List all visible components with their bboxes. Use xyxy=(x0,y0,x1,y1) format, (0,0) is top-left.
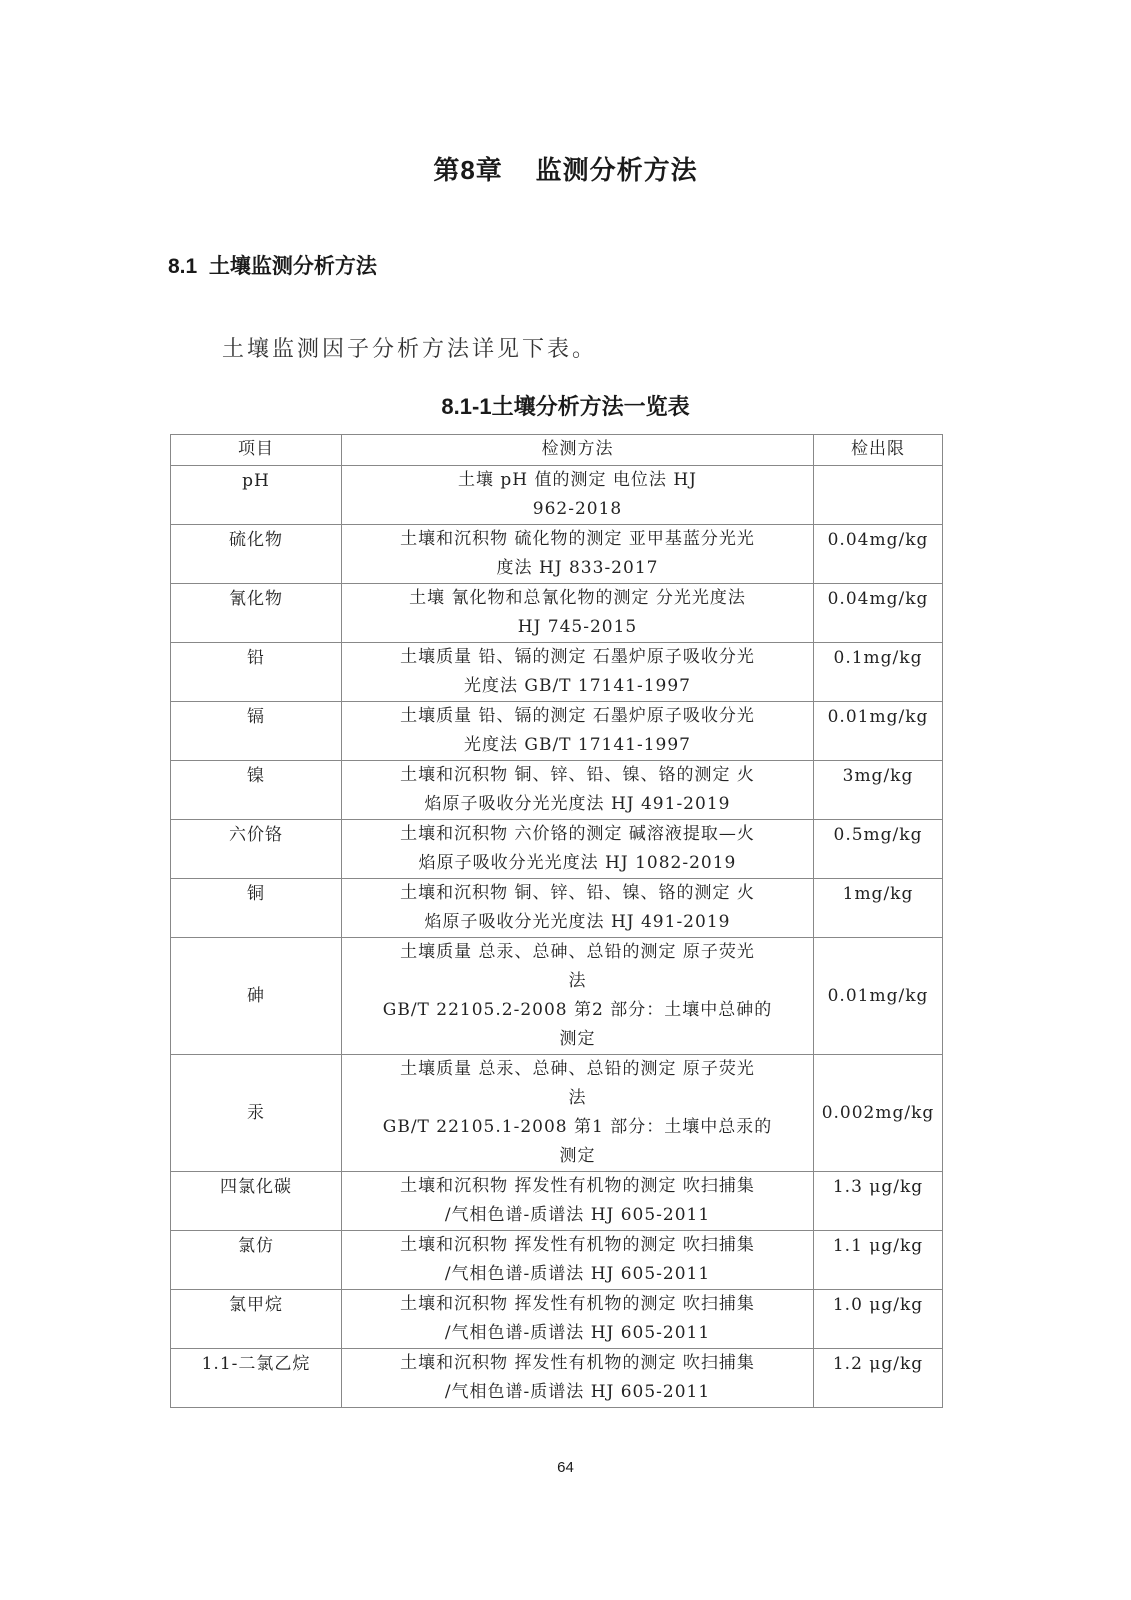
cell-method: 土壤和沉积物 挥发性有机物的测定 吹扫捕集/气相色谱-质谱法 HJ 605-20… xyxy=(342,1172,814,1231)
cell-method: 土壤和沉积物 挥发性有机物的测定 吹扫捕集/气相色谱-质谱法 HJ 605-20… xyxy=(342,1231,814,1290)
cell-detection-limit: 0.01mg/kg xyxy=(814,702,943,761)
table-row: 六价铬土壤和沉积物 六价铬的测定 碱溶液提取—火焰原子吸收分光光度法 HJ 10… xyxy=(171,820,943,879)
method-line: 光度法 GB/T 17141-1997 xyxy=(346,672,809,701)
table-row: 铜土壤和沉积物 铜、锌、铅、镍、铬的测定 火焰原子吸收分光光度法 HJ 491-… xyxy=(171,879,943,938)
cell-item: 氯甲烷 xyxy=(171,1290,342,1349)
cell-item: 六价铬 xyxy=(171,820,342,879)
header-method: 检测方法 xyxy=(342,435,814,466)
table-row: 氰化物土壤 氰化物和总氰化物的测定 分光光度法HJ 745-20150.04mg… xyxy=(171,584,943,643)
intro-paragraph: 土壤监测因子分析方法详见下表。 xyxy=(222,332,597,363)
method-line: 土壤和沉积物 硫化物的测定 亚甲基蓝分光光 xyxy=(346,525,809,554)
page-number: 64 xyxy=(0,1459,1131,1476)
method-line: 法 xyxy=(346,967,809,996)
method-line: 土壤质量 铅、镉的测定 石墨炉原子吸收分光 xyxy=(346,702,809,731)
cell-item: 汞 xyxy=(171,1055,342,1172)
cell-detection-limit: 0.01mg/kg xyxy=(814,938,943,1055)
cell-method: 土壤和沉积物 六价铬的测定 碱溶液提取—火焰原子吸收分光光度法 HJ 1082-… xyxy=(342,820,814,879)
method-line: 土壤和沉积物 挥发性有机物的测定 吹扫捕集 xyxy=(346,1172,809,1201)
table-caption: 8.1-1土壤分析方法一览表 xyxy=(0,390,1131,421)
cell-method: 土壤和沉积物 挥发性有机物的测定 吹扫捕集/气相色谱-质谱法 HJ 605-20… xyxy=(342,1290,814,1349)
table-row: 氯甲烷土壤和沉积物 挥发性有机物的测定 吹扫捕集/气相色谱-质谱法 HJ 605… xyxy=(171,1290,943,1349)
table-row: 四氯化碳土壤和沉积物 挥发性有机物的测定 吹扫捕集/气相色谱-质谱法 HJ 60… xyxy=(171,1172,943,1231)
analysis-methods-table: 项目 检测方法 检出限 pH土壤 pH 值的测定 电位法 HJ962-2018硫… xyxy=(170,434,943,1408)
table-row: 镍土壤和沉积物 铜、锌、铅、镍、铬的测定 火焰原子吸收分光光度法 HJ 491-… xyxy=(171,761,943,820)
chapter-title: 第8章 监测分析方法 xyxy=(0,150,1131,187)
cell-item: 硫化物 xyxy=(171,525,342,584)
method-line: 度法 HJ 833-2017 xyxy=(346,554,809,583)
cell-item: 1.1-二氯乙烷 xyxy=(171,1349,342,1408)
cell-item: 氰化物 xyxy=(171,584,342,643)
method-line: GB/T 22105.2-2008 第2 部分：土壤中总砷的 xyxy=(346,996,809,1025)
cell-detection-limit: 0.04mg/kg xyxy=(814,584,943,643)
method-line: 962-2018 xyxy=(346,495,809,524)
method-line: HJ 745-2015 xyxy=(346,613,809,642)
method-line: 法 xyxy=(346,1084,809,1113)
cell-detection-limit: 1.0 μg/kg xyxy=(814,1290,943,1349)
cell-method: 土壤质量 铅、镉的测定 石墨炉原子吸收分光光度法 GB/T 17141-1997 xyxy=(342,643,814,702)
cell-method: 土壤质量 总汞、总砷、总铅的测定 原子荧光法GB/T 22105.1-2008 … xyxy=(342,1055,814,1172)
method-line: /气相色谱-质谱法 HJ 605-2011 xyxy=(346,1201,809,1230)
cell-item: 镍 xyxy=(171,761,342,820)
method-line: 土壤和沉积物 挥发性有机物的测定 吹扫捕集 xyxy=(346,1231,809,1260)
method-line: 测定 xyxy=(346,1025,809,1054)
method-line: 土壤和沉积物 铜、锌、铅、镍、铬的测定 火 xyxy=(346,879,809,908)
method-line: 土壤和沉积物 铜、锌、铅、镍、铬的测定 火 xyxy=(346,761,809,790)
method-line: /气相色谱-质谱法 HJ 605-2011 xyxy=(346,1260,809,1289)
cell-item: 铜 xyxy=(171,879,342,938)
header-item: 项目 xyxy=(171,435,342,466)
cell-detection-limit: 0.5mg/kg xyxy=(814,820,943,879)
table-header-row: 项目 检测方法 检出限 xyxy=(171,435,943,466)
table-row: 1.1-二氯乙烷土壤和沉积物 挥发性有机物的测定 吹扫捕集/气相色谱-质谱法 H… xyxy=(171,1349,943,1408)
table-row: 氯仿土壤和沉积物 挥发性有机物的测定 吹扫捕集/气相色谱-质谱法 HJ 605-… xyxy=(171,1231,943,1290)
method-line: 土壤 pH 值的测定 电位法 HJ xyxy=(346,466,809,495)
table-row: 汞土壤质量 总汞、总砷、总铅的测定 原子荧光法GB/T 22105.1-2008… xyxy=(171,1055,943,1172)
method-line: 光度法 GB/T 17141-1997 xyxy=(346,731,809,760)
method-line: 测定 xyxy=(346,1142,809,1171)
table-body: pH土壤 pH 值的测定 电位法 HJ962-2018硫化物土壤和沉积物 硫化物… xyxy=(171,466,943,1408)
method-line: 土壤和沉积物 六价铬的测定 碱溶液提取—火 xyxy=(346,820,809,849)
cell-method: 土壤和沉积物 铜、锌、铅、镍、铬的测定 火焰原子吸收分光光度法 HJ 491-2… xyxy=(342,879,814,938)
cell-detection-limit: 1.3 μg/kg xyxy=(814,1172,943,1231)
method-line: 土壤 氰化物和总氰化物的测定 分光光度法 xyxy=(346,584,809,613)
method-line: 土壤和沉积物 挥发性有机物的测定 吹扫捕集 xyxy=(346,1290,809,1319)
cell-method: 土壤和沉积物 铜、锌、铅、镍、铬的测定 火焰原子吸收分光光度法 HJ 491-2… xyxy=(342,761,814,820)
cell-item: 四氯化碳 xyxy=(171,1172,342,1231)
method-line: GB/T 22105.1-2008 第1 部分：土壤中总汞的 xyxy=(346,1113,809,1142)
table-row: 镉土壤质量 铅、镉的测定 石墨炉原子吸收分光光度法 GB/T 17141-199… xyxy=(171,702,943,761)
cell-item: 砷 xyxy=(171,938,342,1055)
method-line: 土壤质量 铅、镉的测定 石墨炉原子吸收分光 xyxy=(346,643,809,672)
cell-item: 镉 xyxy=(171,702,342,761)
method-line: 焰原子吸收分光光度法 HJ 491-2019 xyxy=(346,790,809,819)
method-line: 土壤质量 总汞、总砷、总铅的测定 原子荧光 xyxy=(346,938,809,967)
cell-detection-limit: 0.04mg/kg xyxy=(814,525,943,584)
table-row: pH土壤 pH 值的测定 电位法 HJ962-2018 xyxy=(171,466,943,525)
section-title: 8.1 土壤监测分析方法 xyxy=(168,250,377,280)
table-row: 硫化物土壤和沉积物 硫化物的测定 亚甲基蓝分光光度法 HJ 833-20170.… xyxy=(171,525,943,584)
cell-detection-limit: 1.2 μg/kg xyxy=(814,1349,943,1408)
method-line: /气相色谱-质谱法 HJ 605-2011 xyxy=(346,1378,809,1407)
cell-item: 氯仿 xyxy=(171,1231,342,1290)
header-limit: 检出限 xyxy=(814,435,943,466)
cell-method: 土壤和沉积物 挥发性有机物的测定 吹扫捕集/气相色谱-质谱法 HJ 605-20… xyxy=(342,1349,814,1408)
cell-detection-limit: 1.1 μg/kg xyxy=(814,1231,943,1290)
cell-method: 土壤 pH 值的测定 电位法 HJ962-2018 xyxy=(342,466,814,525)
cell-detection-limit xyxy=(814,466,943,525)
cell-method: 土壤质量 总汞、总砷、总铅的测定 原子荧光法GB/T 22105.2-2008 … xyxy=(342,938,814,1055)
cell-method: 土壤质量 铅、镉的测定 石墨炉原子吸收分光光度法 GB/T 17141-1997 xyxy=(342,702,814,761)
cell-method: 土壤 氰化物和总氰化物的测定 分光光度法HJ 745-2015 xyxy=(342,584,814,643)
method-line: 土壤质量 总汞、总砷、总铅的测定 原子荧光 xyxy=(346,1055,809,1084)
cell-method: 土壤和沉积物 硫化物的测定 亚甲基蓝分光光度法 HJ 833-2017 xyxy=(342,525,814,584)
method-line: 焰原子吸收分光光度法 HJ 491-2019 xyxy=(346,908,809,937)
cell-detection-limit: 0.002mg/kg xyxy=(814,1055,943,1172)
cell-item: pH xyxy=(171,466,342,525)
method-line: 焰原子吸收分光光度法 HJ 1082-2019 xyxy=(346,849,809,878)
cell-item: 铅 xyxy=(171,643,342,702)
table-row: 铅土壤质量 铅、镉的测定 石墨炉原子吸收分光光度法 GB/T 17141-199… xyxy=(171,643,943,702)
method-line: /气相色谱-质谱法 HJ 605-2011 xyxy=(346,1319,809,1348)
cell-detection-limit: 0.1mg/kg xyxy=(814,643,943,702)
method-line: 土壤和沉积物 挥发性有机物的测定 吹扫捕集 xyxy=(346,1349,809,1378)
cell-detection-limit: 3mg/kg xyxy=(814,761,943,820)
table-row: 砷土壤质量 总汞、总砷、总铅的测定 原子荧光法GB/T 22105.2-2008… xyxy=(171,938,943,1055)
cell-detection-limit: 1mg/kg xyxy=(814,879,943,938)
